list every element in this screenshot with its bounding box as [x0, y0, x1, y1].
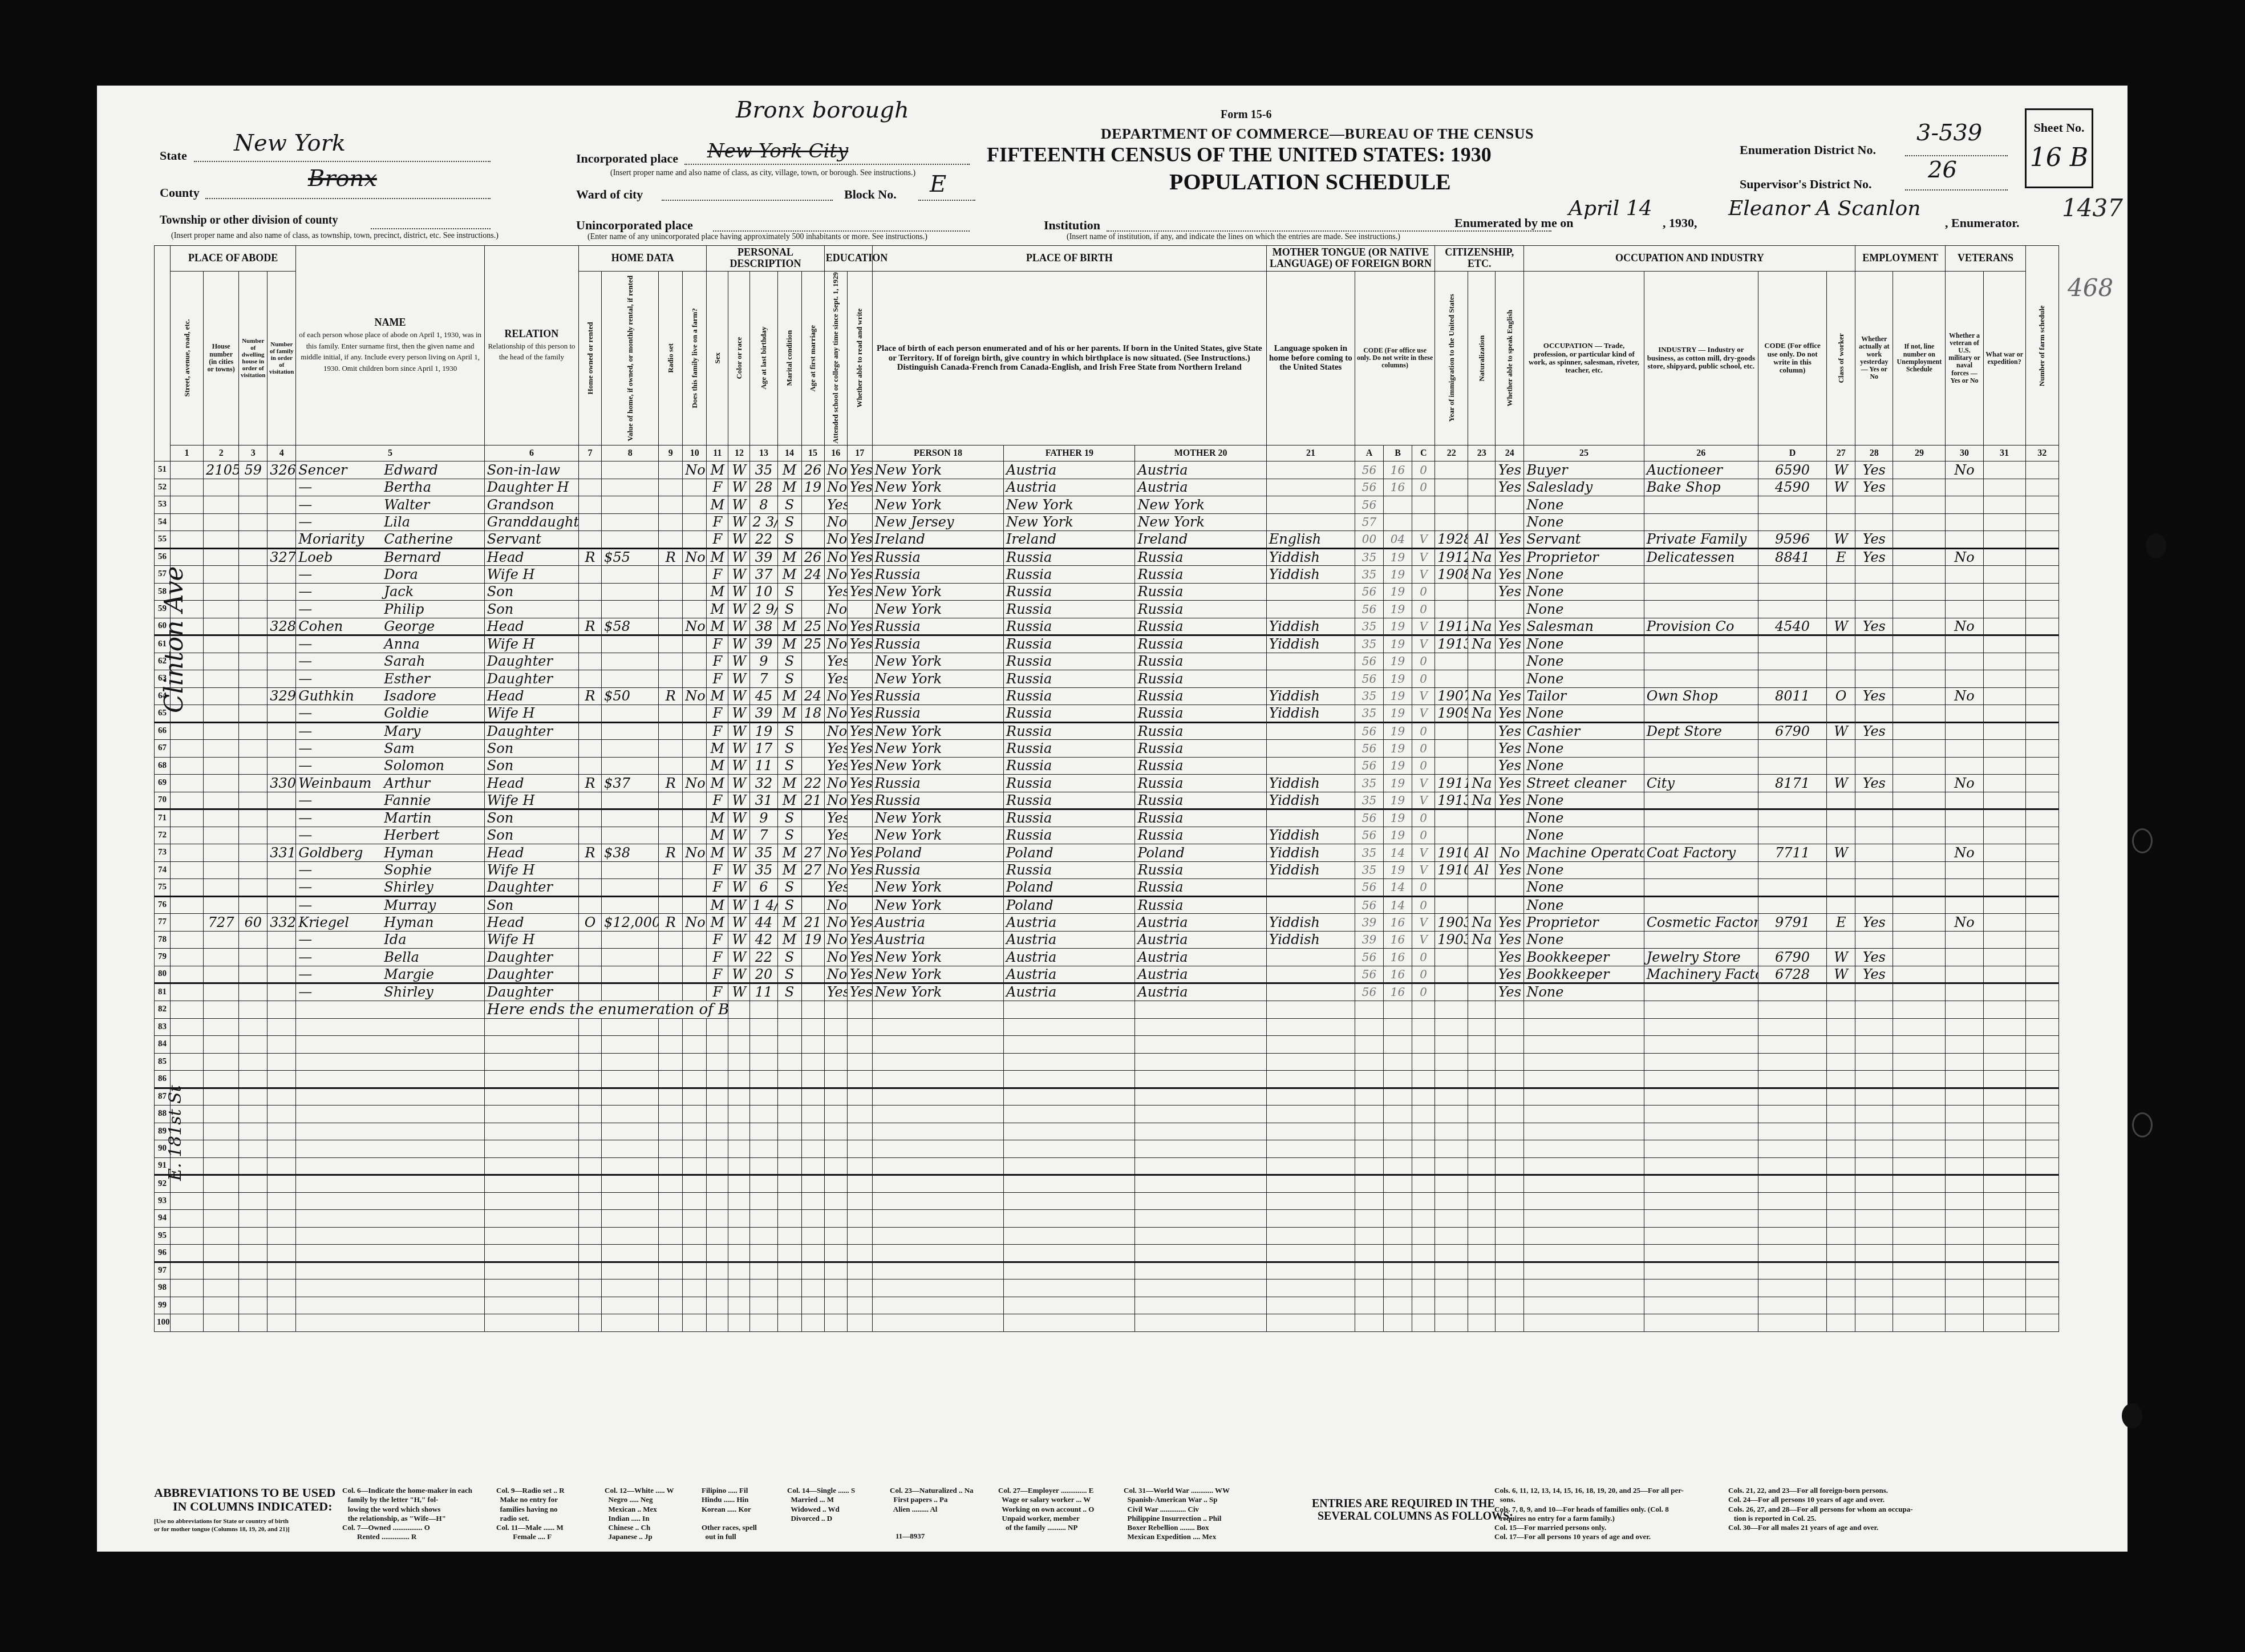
empty-cell — [239, 1071, 268, 1088]
cell-dwelling — [239, 809, 268, 827]
cell-lang — [1266, 809, 1355, 827]
cell-school: Yes — [824, 879, 847, 897]
cell-value — [602, 931, 659, 949]
empty-cell — [1827, 1071, 1855, 1088]
cell-relation: Daughter — [484, 949, 578, 966]
cell-farmsch — [2025, 479, 2058, 496]
cell-code — [1758, 896, 1826, 914]
empty-cell — [1524, 1071, 1644, 1088]
cell-english: Yes — [1496, 687, 1524, 705]
cell-farm — [683, 827, 707, 844]
empty-cell — [1644, 1001, 1758, 1018]
cell-age-marr — [801, 496, 824, 514]
empty-cell — [1827, 1036, 1855, 1054]
cell-industry — [1644, 983, 1758, 1001]
empty-cell — [579, 1071, 602, 1088]
cell-name: —Bella — [296, 949, 484, 966]
empty-cell — [1855, 1106, 1893, 1123]
empty-cell — [872, 1157, 1003, 1175]
empty-cell — [1004, 1036, 1135, 1054]
cell-cB: 16 — [1384, 461, 1412, 479]
line-number: 87 — [155, 1088, 171, 1106]
empty-cell — [484, 1297, 578, 1314]
cell-value — [602, 896, 659, 914]
cell-war — [1983, 966, 2025, 983]
line-number: 63 — [155, 670, 171, 688]
col-num-10: 10 — [683, 446, 707, 461]
empty-cell — [1983, 1036, 2025, 1054]
cell-sex: F — [707, 722, 728, 740]
empty-cell — [872, 1123, 1003, 1140]
cell-age: 8 — [750, 496, 777, 514]
empty-cell — [1983, 1245, 2025, 1262]
cell-unemp — [1893, 949, 1946, 966]
empty-cell — [1384, 1053, 1412, 1071]
given-name: Bertha — [384, 479, 431, 495]
cell-work — [1855, 653, 1893, 670]
cell-english — [1496, 601, 1524, 618]
empty-cell — [1855, 1088, 1893, 1106]
abbreviations-note: [Use no abbreviations for State or count… — [154, 1518, 290, 1534]
mother-tongue-header: MOTHER TONGUE (OR NATIVE LANGUAGE) OF FO… — [1266, 246, 1434, 272]
cell-dwelling — [239, 618, 268, 635]
cell-lang — [1266, 461, 1355, 479]
cell-mother: Austria — [1135, 931, 1266, 949]
cell-house — [204, 705, 239, 723]
cell-age: 39 — [750, 548, 777, 566]
cell-school: No — [824, 548, 847, 566]
cell-house — [204, 618, 239, 635]
empty-cell — [239, 1106, 268, 1123]
education-header: EDUCATION — [824, 246, 872, 272]
cell-lang: Yiddish — [1266, 844, 1355, 862]
cell-farmsch — [2025, 757, 2058, 775]
cell-nat — [1468, 496, 1496, 514]
cell-age: 39 — [750, 705, 777, 723]
cell-nat — [1468, 949, 1496, 966]
given-name: Solomon — [384, 758, 444, 774]
empty-cell — [1135, 1262, 1266, 1280]
empty-cell — [1384, 1157, 1412, 1175]
name-header: NAMEof each person whose place of abode … — [296, 246, 484, 446]
cell-family — [268, 983, 296, 1001]
cell-industry: City — [1644, 775, 1758, 792]
cell-cB: 04 — [1384, 531, 1412, 549]
cell-industry — [1644, 583, 1758, 601]
cell-race: W — [728, 966, 750, 983]
cell-industry — [1644, 809, 1758, 827]
empty-cell — [1946, 1140, 1983, 1158]
cell-cB: 14 — [1384, 844, 1412, 862]
empty-cell — [659, 1123, 683, 1140]
empty-cell — [1644, 1227, 1758, 1245]
cell-lang — [1266, 740, 1355, 758]
cell-cB: 19 — [1384, 670, 1412, 688]
cell-cC: 0 — [1412, 740, 1435, 758]
cell-class: W — [1827, 722, 1855, 740]
cell-name: GoldbergHyman — [296, 844, 484, 862]
cell-lang: Yiddish — [1266, 914, 1355, 932]
cell-english — [1496, 670, 1524, 688]
end-of-block-note: Here ends the enumeration of Block E. — [484, 1001, 728, 1018]
cell-nat: Na — [1468, 705, 1496, 723]
empty-cell — [1644, 1088, 1758, 1106]
empty-cell — [1435, 1140, 1468, 1158]
given-name: Goldie — [384, 705, 429, 721]
cell-code — [1758, 792, 1826, 809]
cell-class — [1827, 583, 1855, 601]
cell-war — [1983, 635, 2025, 653]
line-number: 77 — [155, 914, 171, 932]
cell-class — [1827, 983, 1855, 1001]
cell-school: Yes — [824, 740, 847, 758]
cell-cC: V — [1412, 618, 1435, 635]
empty-cell — [1855, 1001, 1893, 1018]
empty-cell — [1893, 1088, 1946, 1106]
cell-farmsch — [2025, 809, 2058, 827]
empty-cell — [579, 1106, 602, 1123]
empty-cell — [602, 1123, 659, 1140]
cell-birth: New York — [872, 670, 1003, 688]
table-row: 74—SophieWife HFW35M27NoYesRussiaRussiaR… — [155, 861, 2059, 879]
cell-age-marr: 25 — [801, 618, 824, 635]
cell-occupation: None — [1524, 879, 1644, 897]
mother-subheader: MOTHER — [1174, 448, 1216, 458]
cell-age-marr — [801, 653, 824, 670]
cell-cC — [1412, 513, 1435, 531]
empty-cell — [683, 1314, 707, 1332]
cell-age: 20 — [750, 966, 777, 983]
empty-cell — [1435, 1314, 1468, 1332]
cell-farmsch — [2025, 931, 2058, 949]
cell-age: 19 — [750, 722, 777, 740]
cell-birth: New York — [872, 809, 1003, 827]
cell-house — [204, 775, 239, 792]
cell-unemp — [1893, 618, 1946, 635]
empty-cell — [824, 1140, 847, 1158]
empty-cell — [1468, 1123, 1496, 1140]
empty-cell — [1004, 1175, 1135, 1193]
cell-nat: Na — [1468, 792, 1496, 809]
empty-cell — [707, 1071, 728, 1088]
cell-cC: 0 — [1412, 722, 1435, 740]
home-owned-header: Home owned or rented — [579, 271, 602, 446]
cell-dwelling — [239, 983, 268, 1001]
block-value: E — [930, 171, 946, 197]
empty-cell — [1355, 1245, 1384, 1262]
cell-school: No — [824, 792, 847, 809]
empty-cell — [1893, 1123, 1946, 1140]
cell-family — [268, 583, 296, 601]
read-write-header: Whether able to read and write — [847, 271, 872, 446]
cell-age: 35 — [750, 844, 777, 862]
cell-cB: 16 — [1384, 949, 1412, 966]
empty-cell — [1983, 1018, 2025, 1036]
empty-cell — [1266, 1106, 1355, 1123]
empty-cell — [1266, 1001, 1355, 1018]
empty-cell — [750, 1157, 777, 1175]
col-num-22: 22 — [1435, 446, 1468, 461]
cell-immig — [1435, 496, 1468, 514]
cell-cC: V — [1412, 931, 1435, 949]
empty-cell — [579, 1053, 602, 1071]
cell-class — [1827, 513, 1855, 531]
cell-radio — [659, 670, 683, 688]
cell-value — [602, 496, 659, 514]
cell-mother: Russia — [1135, 896, 1266, 914]
empty-cell — [1644, 1071, 1758, 1088]
empty-cell — [683, 1071, 707, 1088]
cell-english: Yes — [1496, 461, 1524, 479]
table-row: 81—ShirleyDaughterFW11SYesYesNew YorkAus… — [155, 983, 2059, 1001]
empty-cell — [484, 1018, 578, 1036]
empty-cell — [847, 1106, 872, 1123]
empty-cell — [296, 1280, 484, 1297]
empty-cell — [602, 1053, 659, 1071]
cell-radio: R — [659, 914, 683, 932]
cell-english: Yes — [1496, 722, 1524, 740]
empty-cell — [801, 1053, 824, 1071]
empty-cell — [1412, 1053, 1435, 1071]
empty-cell — [1435, 1210, 1468, 1228]
cell-farm — [683, 653, 707, 670]
cell-cC: 0 — [1412, 757, 1435, 775]
cell-vet: No — [1946, 548, 1983, 566]
empty-cell — [1893, 1140, 1946, 1158]
cell-read: Yes — [847, 775, 872, 792]
cell-race: W — [728, 583, 750, 601]
empty-cell — [239, 1140, 268, 1158]
empty-cell — [1468, 1053, 1496, 1071]
cell-farmsch — [2025, 914, 2058, 932]
empty-cell — [1827, 1001, 1855, 1018]
township-note: (Insert proper name and also name of cla… — [171, 232, 499, 241]
line-column-header — [155, 246, 171, 461]
empty-cell — [2025, 1071, 2058, 1088]
empty-cell — [1983, 1262, 2025, 1280]
cell-father: Austria — [1004, 461, 1135, 479]
cell-occupation: Proprietor — [1524, 548, 1644, 566]
cell-dwelling — [239, 548, 268, 566]
cell-work — [1855, 931, 1893, 949]
cell-farmsch — [2025, 775, 2058, 792]
empty-cell — [847, 1157, 872, 1175]
cell-cB: 19 — [1384, 809, 1412, 827]
line-number: 71 — [155, 809, 171, 827]
cell-lang — [1266, 722, 1355, 740]
empty-cell — [1135, 1106, 1266, 1123]
cell-radio: R — [659, 775, 683, 792]
empty-cell — [1524, 1036, 1644, 1054]
cell-radio — [659, 653, 683, 670]
surname: Goldberg — [298, 845, 384, 861]
cell-vet — [1946, 653, 1983, 670]
cell-occupation: Street cleaner — [1524, 775, 1644, 792]
cell-work: Yes — [1855, 949, 1893, 966]
cell-father: Russia — [1004, 618, 1135, 635]
empty-cell — [171, 1018, 204, 1036]
given-name: Herbert — [384, 827, 439, 843]
empty-cell — [1496, 1140, 1524, 1158]
empty-cell — [1004, 1245, 1135, 1262]
cell-immig: 1910 — [1435, 861, 1468, 879]
empty-cell — [1758, 1297, 1826, 1314]
cell-immig — [1435, 722, 1468, 740]
cell-own — [579, 827, 602, 844]
cell-farmsch — [2025, 705, 2058, 723]
cell-value: $58 — [602, 618, 659, 635]
cell-nat: Na — [1468, 931, 1496, 949]
cell-english: Yes — [1496, 740, 1524, 758]
empty-cell — [1135, 1175, 1266, 1193]
cell-work: Yes — [1855, 618, 1893, 635]
line-number: 57 — [155, 566, 171, 584]
cell-work — [1855, 601, 1893, 618]
empty-cell — [579, 1123, 602, 1140]
cell-nat: Na — [1468, 635, 1496, 653]
cell-family — [268, 479, 296, 496]
empty-cell — [750, 1262, 777, 1280]
line-number: 82 — [155, 1001, 171, 1018]
cell-mother: Russia — [1135, 670, 1266, 688]
cell-family — [268, 809, 296, 827]
given-name: Margie — [384, 966, 434, 982]
cell-vet: No — [1946, 618, 1983, 635]
cell-sex: F — [707, 931, 728, 949]
col-num-7: 7 — [579, 446, 602, 461]
empty-cell — [872, 1036, 1003, 1054]
cell-vet — [1946, 670, 1983, 688]
cell-relation: Wife H — [484, 931, 578, 949]
empty-cell — [1004, 1227, 1135, 1245]
cell-work — [1855, 809, 1893, 827]
cell-sex: M — [707, 914, 728, 932]
cell-cB: 16 — [1384, 983, 1412, 1001]
cell-street — [171, 566, 204, 584]
cell-code: 9596 — [1758, 531, 1826, 549]
cell-name: WeinbaumArthur — [296, 775, 484, 792]
cell-house: 2105 — [204, 461, 239, 479]
empty-cell — [1644, 1140, 1758, 1158]
empty-cell — [204, 1123, 239, 1140]
empty-cell — [683, 1018, 707, 1036]
cell-immig — [1435, 479, 1468, 496]
cell-marital: S — [777, 531, 801, 549]
cell-relation: Wife H — [484, 705, 578, 723]
cell-relation: Daughter H — [484, 479, 578, 496]
empty-cell — [239, 1053, 268, 1071]
cell-occupation: None — [1524, 583, 1644, 601]
cell-farm — [683, 479, 707, 496]
cell-unemp — [1893, 827, 1946, 844]
cell-english: Yes — [1496, 914, 1524, 932]
cell-occupation: None — [1524, 513, 1644, 531]
empty-cell — [801, 1001, 824, 1018]
empty-cell — [1644, 1245, 1758, 1262]
cell-vet — [1946, 601, 1983, 618]
class-of-worker-header: Class of worker — [1827, 271, 1855, 446]
empty-cell — [1893, 1245, 1946, 1262]
cell-work: Yes — [1855, 687, 1893, 705]
legend-col23: Col. 23—Naturalized .. Na First papers .… — [890, 1486, 974, 1514]
empty-cell — [847, 1175, 872, 1193]
empty-cell — [1266, 1280, 1355, 1297]
abbreviations-title: ABBREVIATIONS TO BE USED IN COLUMNS INDI… — [154, 1486, 336, 1513]
col-num-32: 32 — [2025, 446, 2058, 461]
cell-occupation: None — [1524, 740, 1644, 758]
age-header: Age at last birthday — [750, 271, 777, 446]
cell-cC: 0 — [1412, 809, 1435, 827]
margin-stamp-top: 1437 — [2062, 194, 2123, 222]
empty-cell — [1524, 1088, 1644, 1106]
empty-cell — [1946, 1001, 1983, 1018]
empty-cell — [801, 1297, 824, 1314]
given-name: Esther — [384, 671, 430, 687]
enumerated-label: Enumerated by me on — [1454, 216, 1573, 230]
empty-cell — [1004, 1123, 1135, 1140]
cell-age-marr: 26 — [801, 548, 824, 566]
cell-house — [204, 879, 239, 897]
home-data-header: HOME DATA — [579, 246, 707, 272]
cell-immig — [1435, 949, 1468, 966]
empty-cell — [847, 1123, 872, 1140]
surname: Moriarity — [298, 531, 384, 547]
cell-school: No — [824, 949, 847, 966]
given-name: Martin — [384, 810, 431, 826]
empty-cell — [579, 1175, 602, 1193]
cell-school: No — [824, 461, 847, 479]
cell-race: W — [728, 722, 750, 740]
empty-cell — [1355, 1071, 1384, 1088]
empty-cell — [1135, 1018, 1266, 1036]
empty-cell — [750, 1071, 777, 1088]
cell-race: W — [728, 809, 750, 827]
empty-cell — [707, 1280, 728, 1297]
cell-own — [579, 513, 602, 531]
cell-dwelling — [239, 653, 268, 670]
cell-farm — [683, 496, 707, 514]
cell-radio — [659, 635, 683, 653]
cell-value: $38 — [602, 844, 659, 862]
cell-radio — [659, 566, 683, 584]
cell-marital: S — [777, 949, 801, 966]
empty-cell — [801, 1106, 824, 1123]
line-number: 64 — [155, 687, 171, 705]
cell-immig — [1435, 740, 1468, 758]
cell-vet: No — [1946, 461, 1983, 479]
empty-cell — [239, 1314, 268, 1332]
empty-cell — [1435, 1245, 1468, 1262]
cell-occupation: None — [1524, 827, 1644, 844]
empty-cell — [1524, 1210, 1644, 1228]
cell-unemp — [1893, 461, 1946, 479]
cell-name: —Mary — [296, 722, 484, 740]
col-num-21: 21 — [1266, 446, 1355, 461]
empty-cell — [602, 1175, 659, 1193]
empty-cell — [1827, 1227, 1855, 1245]
cell-relation: Wife H — [484, 635, 578, 653]
empty-cell — [707, 1088, 728, 1106]
cell-street — [171, 479, 204, 496]
cell-own — [579, 879, 602, 897]
given-name: Catherine — [384, 531, 453, 547]
empty-cell — [602, 1036, 659, 1054]
cell-house — [204, 687, 239, 705]
cell-vet — [1946, 861, 1983, 879]
empty-cell — [171, 1123, 204, 1140]
cell-father: Russia — [1004, 809, 1135, 827]
table-row: 52—BerthaDaughter HFW28M19NoYesNew YorkA… — [155, 479, 2059, 496]
